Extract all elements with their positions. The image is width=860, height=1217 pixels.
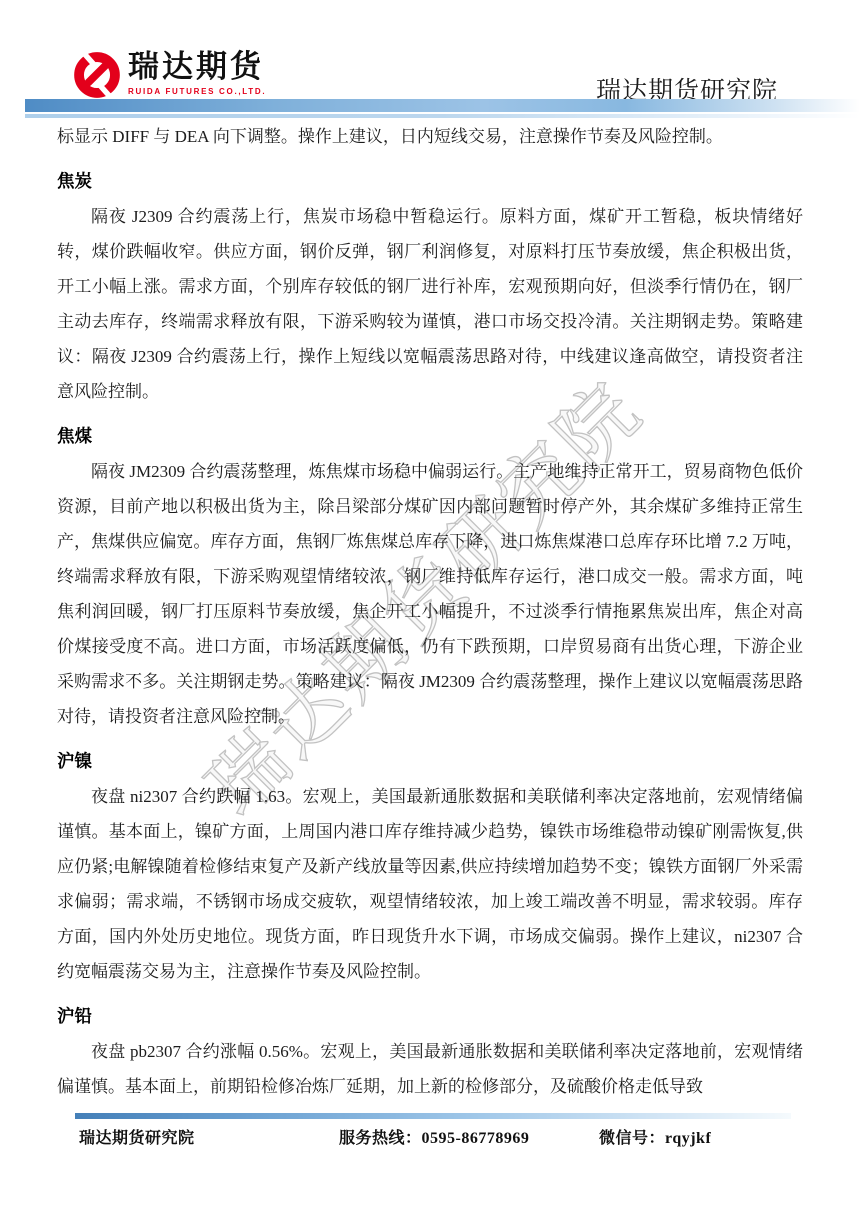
ruida-logo: 瑞达期货 RUIDA FUTURES CO.,LTD. — [72, 50, 266, 100]
section-paragraph-lead: 夜盘 pb2307 合约涨幅 0.56%。宏观上，美国最新通胀数据和美联储利率决… — [57, 1034, 803, 1104]
footer-institute: 瑞达期货研究院 — [79, 1125, 195, 1148]
report-body: 标显示 DIFF 与 DEA 向下调整。操作上建议，日内短线交易，注意操作节奏及… — [57, 119, 803, 1104]
header-rule-sub — [25, 114, 860, 118]
brand-name-cn: 瑞达期货 — [128, 50, 266, 84]
document-page: 瑞达期货 RUIDA FUTURES CO.,LTD. 瑞达期货研究院 瑞达期货… — [0, 0, 860, 1217]
brand-name-en: RUIDA FUTURES CO.,LTD. — [128, 87, 266, 96]
section-paragraph-coking-coal: 隔夜 JM2309 合约震荡整理，炼焦煤市场稳中偏弱运行。主产地维持正常开工，贸… — [57, 454, 803, 734]
footer-hotline: 服务热线：0595-86778969 — [339, 1125, 529, 1148]
section-heading-lead: 沪铅 — [57, 999, 803, 1034]
section-paragraph-coke: 隔夜 J2309 合约震荡上行，焦炭市场稳中暂稳运行。原料方面，煤矿开工暂稳，板… — [57, 199, 803, 409]
footer-wechat: 微信号：rqyjkf — [599, 1125, 711, 1148]
section-coking-coal: 焦煤 隔夜 JM2309 合约震荡整理，炼焦煤市场稳中偏弱运行。主产地维持正常开… — [57, 419, 803, 734]
ruida-swirl-icon — [72, 50, 122, 100]
ruida-logo-text: 瑞达期货 RUIDA FUTURES CO.,LTD. — [128, 50, 266, 96]
section-nickel: 沪镍 夜盘 ni2307 合约跌幅 1.63。宏观上，美国最新通胀数据和美联储利… — [57, 744, 803, 989]
footer-wechat-label: 微信号： — [599, 1130, 665, 1147]
section-coke: 焦炭 隔夜 J2309 合约震荡上行，焦炭市场稳中暂稳运行。原料方面，煤矿开工暂… — [57, 164, 803, 409]
section-lead: 沪铅 夜盘 pb2307 合约涨幅 0.56%。宏观上，美国最新通胀数据和美联储… — [57, 999, 803, 1104]
header-rule-main — [25, 99, 860, 112]
footer-wechat-id: rqyjkf — [665, 1130, 711, 1147]
footer-hotline-number: 0595-86778969 — [422, 1130, 530, 1147]
footer-rule — [75, 1113, 791, 1119]
intro-paragraph: 标显示 DIFF 与 DEA 向下调整。操作上建议，日内短线交易，注意操作节奏及… — [57, 119, 803, 154]
section-heading-nickel: 沪镍 — [57, 744, 803, 779]
section-heading-coke: 焦炭 — [57, 164, 803, 199]
section-heading-coking-coal: 焦煤 — [57, 419, 803, 454]
section-paragraph-nickel: 夜盘 ni2307 合约跌幅 1.63。宏观上，美国最新通胀数据和美联储利率决定… — [57, 779, 803, 989]
footer-hotline-label: 服务热线： — [339, 1130, 422, 1147]
